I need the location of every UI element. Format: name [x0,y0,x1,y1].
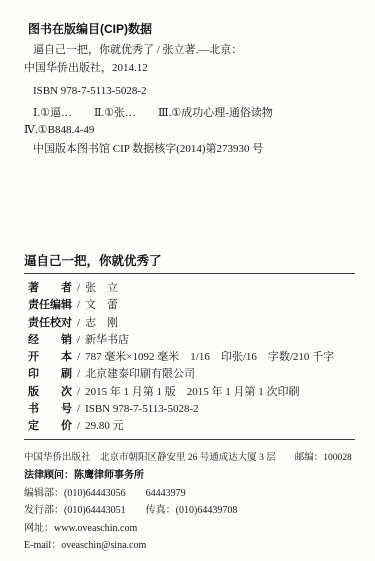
publisher-address: 中国华侨出版社 北京市朝阳区静安里 26 号通成达大厦 3 层 邮编：10002… [24,450,355,468]
distribution-dept-phone: 发行部：(010)64443051 传真：(010)64439708 [24,502,355,520]
row-value: 787 毫米×1092 毫米 1/16 印张/16 字数/210 千字 [85,351,334,363]
row-separator: / [77,299,80,311]
publication-info-row: 责任校对/志 刚 [28,315,355,332]
editorial-dept-phone: 编辑部：(010)64443056 64443979 [24,485,355,503]
row-separator: / [77,334,80,346]
legal-counsel: 法律顾问：陈鹰律师事务所 [24,467,355,485]
row-label: 著 者 [28,280,74,297]
row-separator: / [77,403,80,415]
email: E-mail：oveaschin@sina.com [24,537,355,555]
publication-info-row: 版 次/2015 年 1 月第 1 版 2015 年 1 月第 1 次印刷 [28,384,355,401]
cip-classification-line2: Ⅳ.①B848.4-49 [24,123,355,138]
row-separator: / [77,351,80,363]
row-value: 北京建泰印刷有限公司 [85,368,195,380]
publication-info-row: 经 销/新华书店 [28,332,355,349]
publication-info-row: 责任编辑/文 蕾 [28,297,355,314]
cip-section: 图书在版编目(CIP)数据 逼自己一把，你就优秀了 / 张立著.—北京： 中国华… [24,22,355,157]
publication-info: 著 者/张 立 责任编辑/文 蕾 责任校对/志 刚 经 销/新华书店 开 本/7… [28,280,355,436]
cip-header: 图书在版编目(CIP)数据 [28,22,355,37]
copyright-page: 图书在版编目(CIP)数据 逼自己一把，你就优秀了 / 张立著.—北京： 中国华… [0,0,375,561]
cip-publisher-line: 中国华侨出版社，2014.12 [24,61,355,76]
publication-info-row: 开 本/787 毫米×1092 毫米 1/16 印张/16 字数/210 千字 [28,349,355,366]
footer-divider [24,439,355,440]
row-separator: / [77,282,80,294]
row-value: 2015 年 1 月第 1 版 2015 年 1 月第 1 次印刷 [85,386,300,398]
publisher-contact: 中国华侨出版社 北京市朝阳区静安里 26 号通成达大厦 3 层 邮编：10002… [24,450,355,555]
row-value: 志 刚 [85,317,118,329]
row-label: 责任校对 [28,315,74,332]
publication-info-row: 印 刷/北京建泰印刷有限公司 [28,366,355,383]
row-separator: / [77,420,80,432]
book-title: 逼自己一把，你就优秀了 [24,253,355,269]
row-value: 29.80 元 [85,420,124,432]
row-label: 责任编辑 [28,297,74,314]
publication-info-row: 书 号/ISBN 978-7-5113-5028-2 [28,401,355,418]
row-value: 新华书店 [85,334,129,346]
row-label: 定 价 [28,418,74,435]
row-value: 张 立 [85,282,118,294]
row-value: ISBN 978-7-5113-5028-2 [85,403,199,415]
website: 网址：www.oveaschin.com [24,520,355,538]
publication-info-row: 著 者/张 立 [28,280,355,297]
row-separator: / [77,368,80,380]
cip-isbn: ISBN 978-7-5113-5028-2 [33,84,355,99]
row-separator: / [77,317,80,329]
cip-title-line: 逼自己一把，你就优秀了 / 张立著.—北京： [33,43,355,58]
row-separator: / [77,386,80,398]
row-label: 经 销 [28,332,74,349]
cip-record-number: 中国版本图书馆 CIP 数据核字(2014)第273930 号 [33,142,355,157]
row-label: 印 刷 [28,366,74,383]
cip-classification-line1: Ⅰ.①逼… Ⅱ.①张… Ⅲ.①成功心理-通俗读物 [33,106,355,121]
row-label: 版 次 [28,384,74,401]
title-divider [24,273,355,274]
row-label: 书 号 [28,401,74,418]
row-value: 文 蕾 [85,299,118,311]
publication-info-row: 定 价/29.80 元 [28,418,355,435]
row-label: 开 本 [28,349,74,366]
